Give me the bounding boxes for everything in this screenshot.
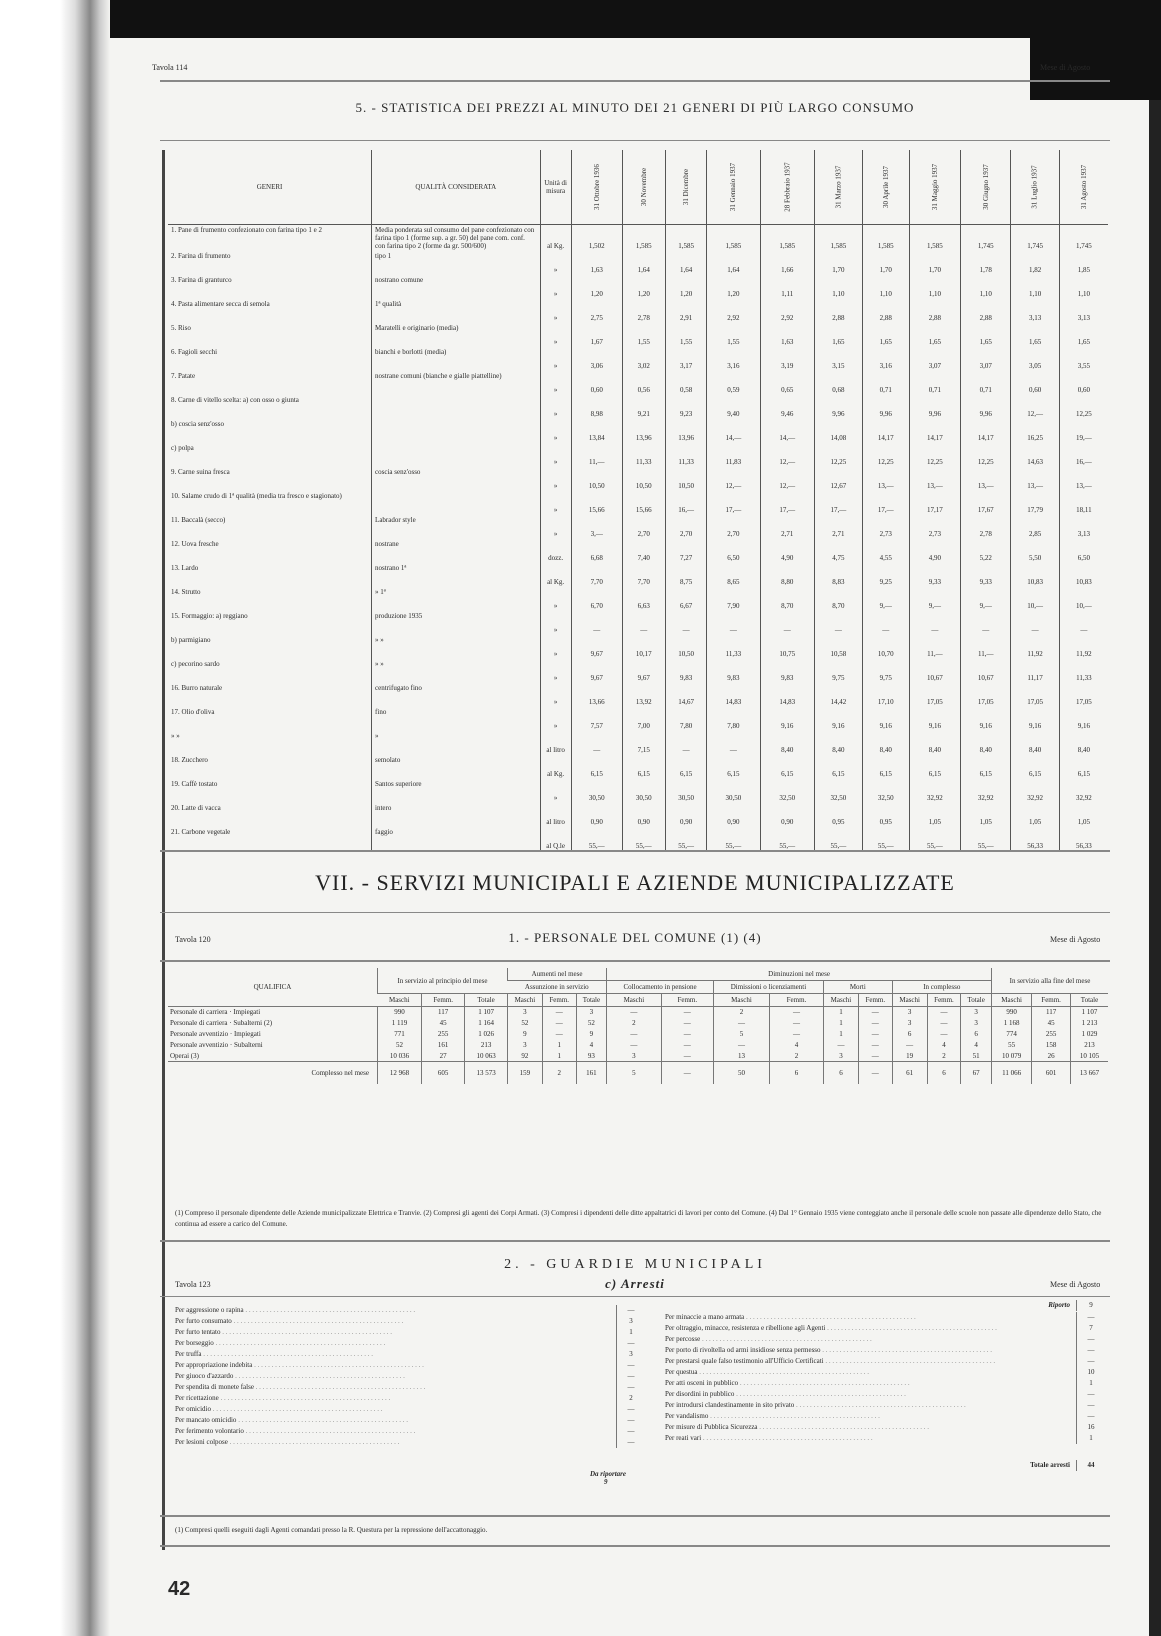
cell-price: 7,70 (622, 563, 665, 587)
arrest-label: Per mancato omicidio (175, 1415, 616, 1426)
cell-value: 117 (422, 1007, 465, 1018)
cell-unita: al Kg. (540, 563, 571, 587)
cell-price: 6,63 (622, 587, 665, 611)
table-row: 2. Farina di frumentotipo 1»1,631,641,64… (168, 251, 1108, 275)
cell-unita: » (540, 491, 571, 515)
cell-qualita (372, 443, 540, 467)
cell-price: 6,15 (571, 755, 622, 779)
cell-price: 0,58 (665, 371, 706, 395)
cell-price: 1,65 (909, 323, 960, 347)
cell-genere: 12. Uova fresche (168, 539, 372, 563)
cell-value: 12 968 (378, 1062, 422, 1084)
cell-price: 10,58 (814, 635, 862, 659)
arrest-row: Per percosse— (665, 1334, 1105, 1345)
table-row: 7. Patatenostrane comuni (bianche e gial… (168, 371, 1108, 395)
cell-qualita: tipo 1 (372, 251, 540, 275)
cell-price: 10,67 (960, 659, 1011, 683)
cell-price: 56,33 (1059, 827, 1108, 851)
cell-qualita: semolato (372, 755, 540, 779)
cell-price: 9,33 (960, 563, 1011, 587)
arrest-row: Per borseggio— (175, 1338, 645, 1349)
cell-price: 6,68 (571, 539, 622, 563)
cell-price: 3,02 (622, 347, 665, 371)
arrest-count: 3 (616, 1349, 645, 1360)
cell-value: 26 (1032, 1051, 1071, 1062)
cell-value: 3 (507, 1007, 542, 1018)
cell-price: 0,95 (862, 803, 909, 827)
cell-qualita: » » (372, 635, 540, 659)
col-qualita: QUALITÀ CONSIDERATA (372, 150, 540, 225)
table-row: 20. Latte di vaccainteroal litro0,900,90… (168, 803, 1108, 827)
table-row: 9. Carne suina frescacoscia senz'osso»10… (168, 467, 1108, 491)
cell-price: 1,67 (571, 323, 622, 347)
arrest-label: Per aggressione o rapina (175, 1305, 616, 1316)
cell-genere: 17. Olio d'oliva (168, 707, 372, 731)
cell-price: 1,64 (622, 251, 665, 275)
riporto-row: Riporto9 (665, 1300, 1105, 1311)
cell-price: 0,65 (760, 371, 814, 395)
cell-value: 52 (576, 1018, 607, 1029)
personnel-notes: (1) Compreso il personale dipendente del… (175, 1208, 1105, 1230)
cell-price: 1,70 (814, 251, 862, 275)
table-row: 21. Carbone vegetalefaggioal Q.le55,—55,… (168, 827, 1108, 851)
cell-price: 6,15 (760, 755, 814, 779)
cell-price: 11,92 (1011, 635, 1059, 659)
cell-value: 3 (576, 1007, 607, 1018)
sub-maschi: Maschi (991, 994, 1031, 1007)
cell-price: 16,— (665, 491, 706, 515)
cell-price: 5,22 (960, 539, 1011, 563)
sub-maschi: Maschi (378, 994, 422, 1007)
cell-unita: » (540, 371, 571, 395)
cell-value: 9 (576, 1029, 607, 1040)
cell-price: 8,40 (814, 731, 862, 755)
cell-label: Operai (3) (168, 1051, 378, 1062)
cell-price: 55,— (909, 827, 960, 851)
cell-price: 3,06 (571, 347, 622, 371)
table-row: 14. Strutto» 1ª»6,706,636,677,908,708,70… (168, 587, 1108, 611)
cell-price: 32,50 (814, 779, 862, 803)
cell-price: 12,— (760, 443, 814, 467)
cell-qualita: Labrador style (372, 515, 540, 539)
cell-price: 10,83 (1059, 563, 1108, 587)
cell-price: 14,— (707, 419, 760, 443)
cell-price: 9,25 (862, 563, 909, 587)
cell-value: 3 (892, 1007, 927, 1018)
cell-value: — (607, 1029, 661, 1040)
col-month: 30 Novembre (622, 150, 665, 225)
arrest-count: — (616, 1360, 645, 1371)
table-123-subtitle: c) Arresti (160, 1276, 1110, 1292)
cell-price: 12,25 (960, 443, 1011, 467)
cell-price: 9,40 (707, 395, 760, 419)
cell-price: 9,16 (862, 707, 909, 731)
cell-price: 9,— (960, 587, 1011, 611)
cell-price: 14,83 (707, 683, 760, 707)
month-label: Mese di Agosto (1040, 63, 1090, 72)
cell-price: 1,85 (1059, 251, 1108, 275)
cell-price: — (571, 731, 622, 755)
col-month: 31 Maggio 1937 (909, 150, 960, 225)
cell-price: 0,60 (571, 371, 622, 395)
cell-price: 2,78 (960, 515, 1011, 539)
cell-qualita: faggio (372, 827, 540, 851)
cell-value: 1 (823, 1018, 858, 1029)
arrest-label: Per truffa (175, 1349, 616, 1360)
cell-value: 1 168 (991, 1018, 1031, 1029)
cell-qualita: nostrano comune (372, 275, 540, 299)
table-row: 12. Uova freschenostranedozz.6,687,407,2… (168, 539, 1108, 563)
cell-price: 0,68 (814, 371, 862, 395)
cell-unita: dozz. (540, 539, 571, 563)
cell-price: 2,91 (665, 299, 706, 323)
cell-price: 6,67 (665, 587, 706, 611)
cell-price: 0,90 (760, 803, 814, 827)
cell-price: 17,05 (1011, 683, 1059, 707)
cell-unita: » (540, 419, 571, 443)
cell-genere: c) polpa (168, 443, 372, 467)
cell-value: 774 (991, 1029, 1031, 1040)
sub-totale: Totale (576, 994, 607, 1007)
cell-price: 2,71 (814, 515, 862, 539)
cell-price: 18,11 (1059, 491, 1108, 515)
cell-price: 2,71 (760, 515, 814, 539)
cell-value: — (607, 1007, 661, 1018)
cell-price: 32,50 (760, 779, 814, 803)
arrest-label: Per furto consumato (175, 1316, 616, 1327)
divider (160, 1240, 1110, 1242)
cell-price: 6,15 (814, 755, 862, 779)
cell-price: 55,— (571, 827, 622, 851)
cell-qualita: Media ponderata sul consumo del pane con… (372, 225, 540, 252)
cell-price: 6,70 (571, 587, 622, 611)
scan-border-top (0, 0, 1030, 38)
cell-price: 1,82 (1011, 251, 1059, 275)
cell-value: 159 (507, 1062, 542, 1084)
cell-value: 1 119 (378, 1018, 422, 1029)
cell-price: 13,— (862, 467, 909, 491)
cell-price: 3,05 (1011, 347, 1059, 371)
cell-qualita: nostrane (372, 539, 540, 563)
cell-price: 32,92 (960, 779, 1011, 803)
divider (160, 960, 1110, 962)
cell-genere: 5. Riso (168, 323, 372, 347)
cell-value: 50 (713, 1062, 769, 1084)
divider (160, 1545, 1110, 1547)
cell-price: 55,— (760, 827, 814, 851)
cell-price: 8,83 (814, 563, 862, 587)
cell-price: 9,83 (760, 659, 814, 683)
sub-femm: Femm. (661, 994, 713, 1007)
cell-price: 1,05 (1011, 803, 1059, 827)
cell-price: 9,46 (760, 395, 814, 419)
cell-qualita: Santos superiore (372, 779, 540, 803)
arrest-count: — (616, 1404, 645, 1415)
cell-price: 9,96 (814, 395, 862, 419)
sub-totale: Totale (1071, 994, 1109, 1007)
arrest-row: Per ferimento volontario— (175, 1426, 645, 1437)
sub-femm: Femm. (927, 994, 961, 1007)
cell-price: 9,16 (960, 707, 1011, 731)
cell-qualita: nostrano 1ª (372, 563, 540, 587)
arrest-label: Per reati vari (665, 1433, 1076, 1444)
sub-maschi: Maschi (713, 994, 769, 1007)
cell-value: 55 (991, 1040, 1031, 1051)
cell-price: 17,— (862, 491, 909, 515)
cell-unita: » (540, 587, 571, 611)
cell-price: 14,08 (814, 419, 862, 443)
table-row: c) pecorino sardo» »»9,679,679,839,839,8… (168, 659, 1108, 683)
table-row: 10. Salame crudo di 1ª qualità (media tr… (168, 491, 1108, 515)
cell-price: 1,20 (571, 275, 622, 299)
cell-value: 2 (927, 1051, 961, 1062)
cell-price: 7,80 (665, 707, 706, 731)
cell-unita: al Q.le (540, 827, 571, 851)
cell-value: 11 066 (991, 1062, 1031, 1084)
cell-label: Complesso nel mese (168, 1062, 378, 1084)
cell-value: 2 (542, 1062, 576, 1084)
cell-value: 13 667 (1071, 1062, 1109, 1084)
col-unita: Unità di misura (540, 150, 571, 225)
cell-price: 1,65 (1011, 323, 1059, 347)
arrest-row: Per vandalismo— (665, 1411, 1105, 1422)
cell-value: 1 029 (1071, 1029, 1109, 1040)
cell-price: — (862, 611, 909, 635)
cell-qualita: » (372, 731, 540, 755)
arrest-count: 1 (616, 1327, 645, 1338)
cell-price: 4,75 (814, 539, 862, 563)
cell-price: 3,07 (960, 347, 1011, 371)
cell-price: 17,67 (960, 491, 1011, 515)
cell-price: 5,50 (1011, 539, 1059, 563)
cell-value: 52 (378, 1040, 422, 1051)
cell-value: 1 (823, 1029, 858, 1040)
cell-price: 2,88 (814, 299, 862, 323)
cell-price: 10,50 (665, 635, 706, 659)
cell-unita: » (540, 323, 571, 347)
cell-price: 9,21 (622, 395, 665, 419)
cell-qualita: centrifugato fino (372, 683, 540, 707)
cell-price: 9,— (909, 587, 960, 611)
cell-qualita (372, 491, 540, 515)
cell-price: 8,70 (814, 587, 862, 611)
arrest-label: Per disordini in pubblico (665, 1389, 1076, 1400)
cell-price: 13,96 (665, 419, 706, 443)
arrest-count: — (616, 1371, 645, 1382)
arrest-count: — (616, 1305, 645, 1316)
arrest-row: Per reati vari1 (665, 1433, 1105, 1444)
arrest-row: Per minaccie a mano armata— (665, 1312, 1105, 1323)
cell-price: 4,90 (909, 539, 960, 563)
cell-price: 14,— (760, 419, 814, 443)
cell-value: 6 (892, 1029, 927, 1040)
cell-price: 1,78 (960, 251, 1011, 275)
cell-price: 7,80 (707, 707, 760, 731)
cell-price: 3,19 (760, 347, 814, 371)
cell-price: 10,75 (760, 635, 814, 659)
cell-price: 3,— (571, 515, 622, 539)
cell-price: 9,67 (622, 659, 665, 683)
cell-value: 213 (1071, 1040, 1109, 1051)
cell-price: 1,64 (665, 251, 706, 275)
cell-unita: » (540, 467, 571, 491)
section-title: VII. - SERVIZI MUNICIPALI E AZIENDE MUNI… (160, 870, 1110, 896)
col-month: 30 Aprile 1937 (862, 150, 909, 225)
cell-price: 7,27 (665, 539, 706, 563)
cell-price: — (960, 611, 1011, 635)
arrest-row: Per atti osceni in pubblico1 (665, 1378, 1105, 1389)
cell-unita: » (540, 659, 571, 683)
cell-value: 161 (576, 1062, 607, 1084)
arrest-label: Per spendita di monete false (175, 1382, 616, 1393)
cell-value: 1 107 (465, 1007, 508, 1018)
cell-price: 32,50 (862, 779, 909, 803)
cell-price: 1,20 (707, 275, 760, 299)
cell-price: 6,15 (960, 755, 1011, 779)
arrest-label: Per minaccie a mano armata (665, 1312, 1076, 1323)
arrest-count: — (1076, 1345, 1105, 1356)
cell-value: 1 107 (1071, 1007, 1109, 1018)
cell-price: 0,56 (622, 371, 665, 395)
arrest-row: Per oltraggio, minacce, resistenza e rib… (665, 1323, 1105, 1334)
cell-value: 27 (422, 1051, 465, 1062)
cell-price: 10,— (1059, 587, 1108, 611)
cell-value: 2 (770, 1051, 824, 1062)
cell-price: 3,15 (814, 347, 862, 371)
cell-value: 605 (422, 1062, 465, 1084)
arrest-row: Per questua10 (665, 1367, 1105, 1378)
cell-value: 255 (422, 1029, 465, 1040)
cell-unita: » (540, 299, 571, 323)
cell-price: 1,10 (814, 275, 862, 299)
cell-value: 5 (607, 1062, 661, 1084)
cell-price: 6,50 (1059, 539, 1108, 563)
table-row: Personale avventizio · Impiegati7712551 … (168, 1029, 1108, 1040)
cell-price: 11,17 (1011, 659, 1059, 683)
cell-price: 1,585 (665, 225, 706, 252)
cell-price: 3,16 (862, 347, 909, 371)
cell-price: 17,— (760, 491, 814, 515)
cell-price: 0,90 (571, 803, 622, 827)
cell-value: — (858, 1051, 892, 1062)
cell-value: 990 (991, 1007, 1031, 1018)
cell-price: 6,15 (622, 755, 665, 779)
cell-price: 15,66 (622, 491, 665, 515)
cell-price: 17,05 (960, 683, 1011, 707)
arrest-count: — (616, 1382, 645, 1393)
cell-price: 2,75 (571, 299, 622, 323)
cell-price: 13,— (1059, 467, 1108, 491)
cell-qualita: nostrane comuni (bianche e gialle piatte… (372, 371, 540, 395)
cell-price: 0,90 (665, 803, 706, 827)
cell-label: Personale di carriera · Subalterni (2) (168, 1018, 378, 1029)
cell-qualita: coscia senz'osso (372, 467, 540, 491)
cell-unita: » (540, 779, 571, 803)
cell-genere: 14. Strutto (168, 587, 372, 611)
left-total-row: Da riportare 9 (590, 1470, 645, 1486)
table-row: 4. Pasta alimentare secca di semola1ª qu… (168, 299, 1108, 323)
col-dimissioni: Dimissioni o licenziamenti (713, 981, 823, 994)
cell-value: 1 (542, 1051, 576, 1062)
arrest-count: — (616, 1437, 645, 1448)
cell-price: — (665, 731, 706, 755)
cell-price: 10,50 (571, 467, 622, 491)
cell-value: — (661, 1007, 713, 1018)
cell-price: 12,25 (862, 443, 909, 467)
cell-price: 55,— (622, 827, 665, 851)
cell-value: — (927, 1018, 961, 1029)
cell-value: 61 (892, 1062, 927, 1084)
cell-price: 9,16 (814, 707, 862, 731)
cell-value: — (661, 1018, 713, 1029)
col-complesso: In complesso (892, 981, 991, 994)
table-row: 17. Olio d'olivafino»7,577,007,807,809,1… (168, 707, 1108, 731)
arrests-left-list: Per aggressione o rapina—Per furto consu… (175, 1305, 645, 1448)
cell-price: 30,50 (665, 779, 706, 803)
cell-price: 14,17 (960, 419, 1011, 443)
cell-price: 55,— (707, 827, 760, 851)
cell-price: 13,84 (571, 419, 622, 443)
cell-price: 1,585 (760, 225, 814, 252)
table-row: 15. Formaggio: a) reggianoproduzione 193… (168, 611, 1108, 635)
cell-price: 0,95 (814, 803, 862, 827)
cell-price: 9,23 (665, 395, 706, 419)
cell-price: 30,50 (571, 779, 622, 803)
cell-value: 1 164 (465, 1018, 508, 1029)
table-row: 3. Farina di granturconostrano comune»1,… (168, 275, 1108, 299)
col-fine: In servizio alla fine del mese (991, 968, 1108, 994)
cell-price: 1,65 (814, 323, 862, 347)
cell-price: 14,17 (909, 419, 960, 443)
cell-price: 15,66 (571, 491, 622, 515)
cell-price: 13,92 (622, 683, 665, 707)
cell-genere: 15. Formaggio: a) reggiano (168, 611, 372, 635)
cell-value: 990 (378, 1007, 422, 1018)
cell-price: 1,05 (960, 803, 1011, 827)
cell-price: 1,66 (760, 251, 814, 275)
cell-genere: 4. Pasta alimentare secca di semola (168, 299, 372, 323)
cell-price: 9,75 (862, 659, 909, 683)
cell-price: 9,83 (707, 659, 760, 683)
cell-price: — (622, 611, 665, 635)
cell-value: 1 213 (1071, 1018, 1109, 1029)
cell-price: 0,71 (862, 371, 909, 395)
cell-price: 17,17 (909, 491, 960, 515)
cell-value: 6 (823, 1062, 858, 1084)
cell-value: 13 (713, 1051, 769, 1062)
cell-genere: 21. Carbone vegetale (168, 827, 372, 851)
cell-value: 93 (576, 1051, 607, 1062)
sub-maschi: Maschi (823, 994, 858, 1007)
arrest-label: Per prestarsi quale falso testimonio all… (665, 1356, 1076, 1367)
cell-price: 55,— (960, 827, 1011, 851)
col-month: 31 Dicembre (665, 150, 706, 225)
sub-femm: Femm. (422, 994, 465, 1007)
cell-unita: » (540, 275, 571, 299)
cell-price: 19,— (1059, 419, 1108, 443)
table-row: 13. Lardonostrano 1ªal Kg.7,707,708,758,… (168, 563, 1108, 587)
arrest-row: Per disordini in pubblico— (665, 1389, 1105, 1400)
cell-value: — (661, 1040, 713, 1051)
cell-value: — (542, 1029, 576, 1040)
cell-price: — (665, 611, 706, 635)
cell-value: 10 036 (378, 1051, 422, 1062)
arrest-label: Per percosse (665, 1334, 1076, 1345)
cell-value: 51 (961, 1051, 992, 1062)
cell-price: 14,42 (814, 683, 862, 707)
cell-genere: 13. Lardo (168, 563, 372, 587)
cell-value: 2 (713, 1007, 769, 1018)
